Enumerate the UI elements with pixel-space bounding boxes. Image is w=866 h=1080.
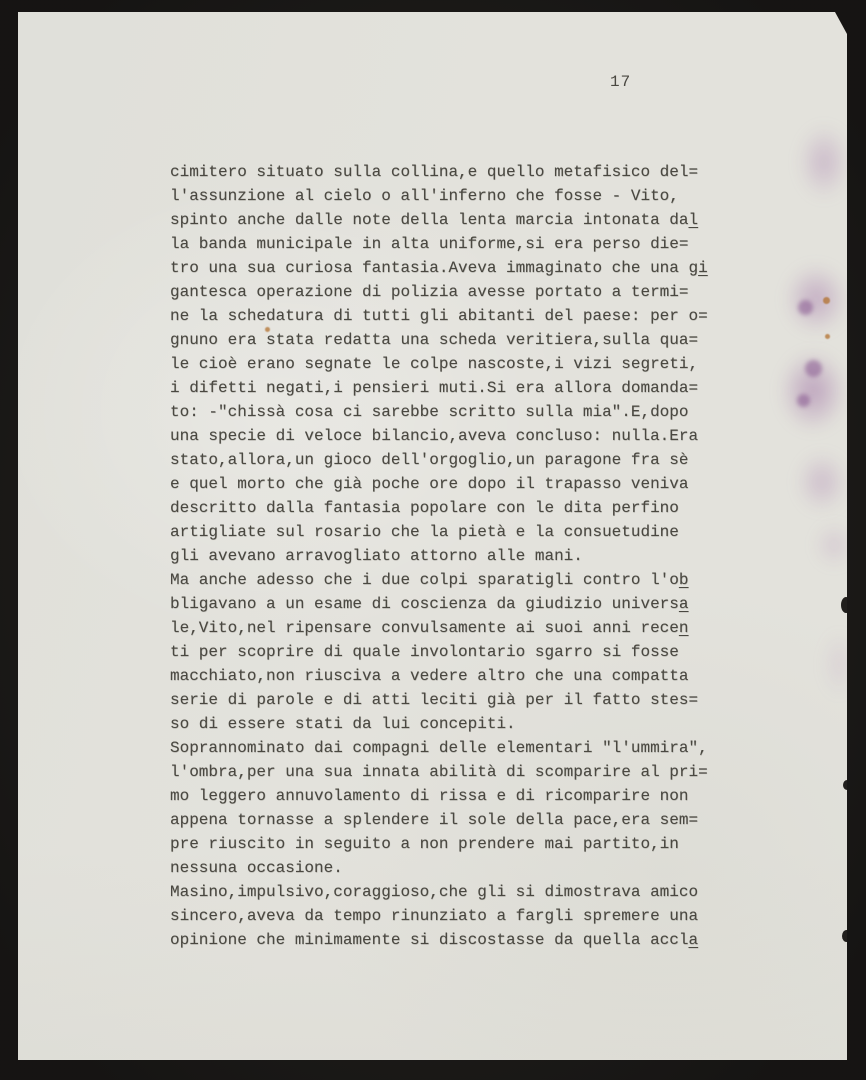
text-line: l'assunzione al cielo o all'inferno che …: [170, 184, 730, 208]
text-line: gantesca operazione di polizia avesse po…: [170, 280, 730, 304]
stain-spot-2: [805, 360, 822, 377]
stain-spot-3: [797, 394, 810, 407]
text-line: sincero,aveva da tempo rinunziato a farg…: [170, 904, 730, 928]
rust-speck-2: [823, 297, 830, 304]
stain-purple-faint-1: [806, 514, 847, 576]
paper-edge-nick-2: [843, 780, 847, 790]
text-line: la banda municipale in alta uniforme,si …: [170, 232, 730, 256]
stain-spot-1: [798, 300, 813, 315]
text-line: Masino,impulsivo,coraggioso,che gli si d…: [170, 880, 730, 904]
paper-edge-nick-3: [842, 930, 847, 942]
text-line: i difetti negati,i pensieri muti.Si era …: [170, 376, 730, 400]
text-line: bligavano a un esame di coscienza da giu…: [170, 592, 730, 616]
underlined-continuation-letter: a: [688, 931, 698, 949]
underlined-continuation-letter: b: [679, 571, 689, 589]
text-line: serie di parole e di atti leciti già per…: [170, 688, 730, 712]
scan-background: 17 cimitero situato sulla collina,e quel…: [0, 0, 866, 1080]
text-line: tro una sua curiosa fantasia.Aveva immag…: [170, 256, 730, 280]
text-line: ti per scoprire di quale involontario sg…: [170, 640, 730, 664]
stain-purple-lower: [786, 440, 847, 524]
page-number: 17: [610, 73, 631, 91]
paper-edge-nick-1: [841, 597, 847, 613]
body-text: cimitero situato sulla collina,e quello …: [170, 160, 730, 952]
text-line: spinto anche dalle note della lenta marc…: [170, 208, 730, 232]
stain-purple-top: [788, 110, 847, 214]
text-line: pre riuscito in seguito a non prendere m…: [170, 832, 730, 856]
text-line: so di essere stati da lui concepiti.: [170, 712, 730, 736]
underlined-continuation-letter: n: [679, 619, 689, 637]
rust-speck-3: [825, 334, 830, 339]
text-line: Soprannominato dai compagni delle elemen…: [170, 736, 730, 760]
text-line: le cioè erano segnate le colpe nascoste,…: [170, 352, 730, 376]
text-line: artigliate sul rosario che la pietà e la…: [170, 520, 730, 544]
text-line: e quel morto che già poche ore dopo il t…: [170, 472, 730, 496]
underlined-continuation-letter: l: [688, 211, 698, 229]
underlined-continuation-letter: i: [698, 259, 708, 277]
text-line: opinione che minimamente si discostasse …: [170, 928, 730, 952]
text-line: descritto dalla fantasia popolare con le…: [170, 496, 730, 520]
stain-purple-middle: [766, 334, 847, 448]
text-line: le,Vito,nel ripensare convulsamente ai s…: [170, 616, 730, 640]
text-line: mo leggero annuvolamento di rissa e di r…: [170, 784, 730, 808]
document-page: 17 cimitero situato sulla collina,e quel…: [18, 12, 847, 1060]
text-line: to: -"chissà cosa ci sarebbe scritto sul…: [170, 400, 730, 424]
text-line: macchiato,non riusciva a vedere altro ch…: [170, 664, 730, 688]
text-line: ne la schedatura di tutti gli abitanti d…: [170, 304, 730, 328]
text-line: cimitero situato sulla collina,e quello …: [170, 160, 730, 184]
underlined-continuation-letter: a: [679, 595, 689, 613]
text-line: Ma anche adesso che i due colpi sparatig…: [170, 568, 730, 592]
stain-purple-upper: [772, 250, 847, 348]
text-line: stato,allora,un gioco dell'orgoglio,un p…: [170, 448, 730, 472]
text-line: gli avevano arravogliato attorno alle ma…: [170, 544, 730, 568]
text-line: gnuno era stata redatta una scheda verit…: [170, 328, 730, 352]
text-line: nessuna occasione.: [170, 856, 730, 880]
stain-purple-faint-2: [816, 618, 847, 710]
text-line: appena tornasse a splendere il sole dell…: [170, 808, 730, 832]
text-line: una specie di veloce bilancio,aveva conc…: [170, 424, 730, 448]
text-line: l'ombra,per una sua innata abilità di sc…: [170, 760, 730, 784]
